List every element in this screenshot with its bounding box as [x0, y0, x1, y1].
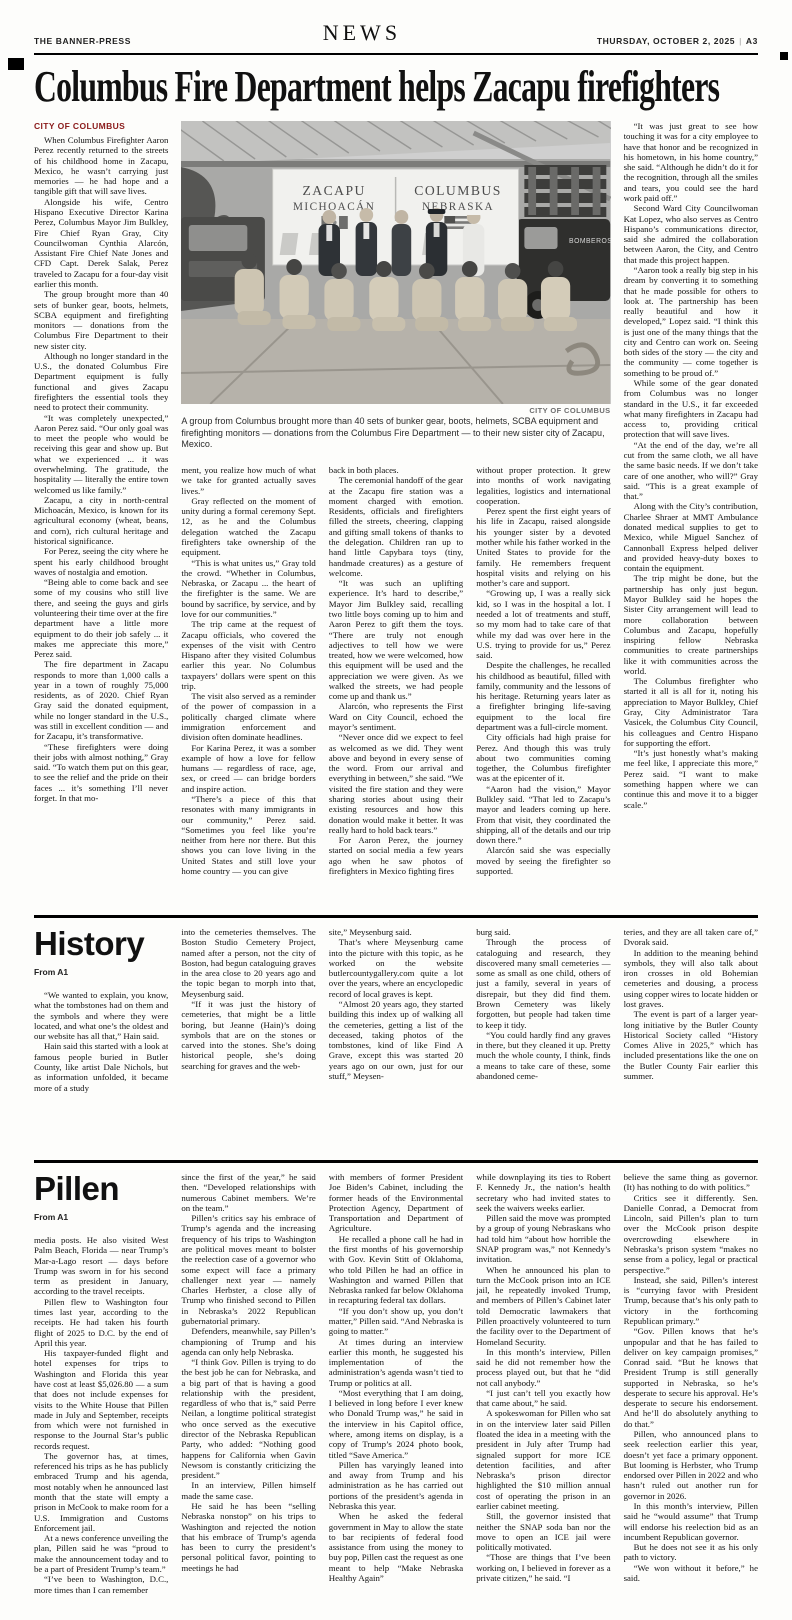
paragraph: The trip came at the request of Zacapu o… — [181, 619, 315, 691]
dateline-separator: | — [739, 36, 742, 46]
paragraph: Critics see it differently. Sen. Daniell… — [624, 1193, 758, 1275]
paragraph: “It was just great to see how touching i… — [624, 121, 758, 203]
paragraph: Alarcón said she was especially moved by… — [476, 845, 610, 876]
paragraph: He said he has been “selling Nebraska no… — [181, 1501, 315, 1573]
paragraph: Zacapu, a city in north-central Michoacá… — [34, 495, 168, 546]
paragraph: Second Ward City Councilwoman Kat Lopez,… — [624, 203, 758, 265]
banner-zacapu-line: ZACAPU — [303, 183, 366, 198]
pillen-headline: Pillen — [34, 1172, 168, 1205]
page-header: THE BANNER-PRESS NEWS THURSDAY, OCTOBER … — [34, 14, 758, 55]
paragraph: “Gov. Pillen knows that he’s unpopular a… — [624, 1326, 758, 1429]
paragraph: Hain said this started with a look at fa… — [34, 1041, 168, 1092]
truck-lettering: BOMBEROS — [569, 238, 610, 245]
paragraph: Gray reflected on the moment of unity du… — [181, 496, 315, 558]
main-headline: Columbus Fire Department helps Zacapu fi… — [34, 65, 758, 109]
firefighters-group-photo-illustration: BOMBEROS ZACAPU MICHOACÁN COLUMBUS NEBRA… — [181, 121, 610, 404]
paragraph: In addition to the meaning behind symbol… — [624, 948, 758, 1010]
paragraph: teries, and they are all taken care of,”… — [624, 927, 758, 948]
article-column: into the cemeteries themselves. The Bost… — [181, 927, 315, 1148]
paragraph: For Karina Perez, it was a somber exampl… — [181, 743, 315, 794]
history-article: History From A1 “We wanted to explain, y… — [34, 915, 758, 1148]
paragraph: In this month’s interview, Pillen said h… — [624, 1501, 758, 1542]
from-a1-label: From A1 — [34, 967, 168, 977]
paragraph: “If you don’t show up, you don’t matter,… — [329, 1306, 463, 1337]
article-column: CITY OF COLUMBUS When Columbus Firefight… — [34, 121, 168, 903]
paragraph: “It was such an uplifting experience. It… — [329, 578, 463, 701]
paragraph: When he asked the federal government in … — [329, 1511, 463, 1583]
paragraph: He recalled a phone call he had in the f… — [329, 1234, 463, 1306]
article-column: while downplaying its ties to Robert F. … — [476, 1172, 610, 1608]
paragraph: “I think Gov. Pillen is trying to do the… — [181, 1357, 315, 1480]
paragraph: “Growing up, I was a really sick kid, so… — [476, 588, 610, 660]
article-column: believe the same thing as governor. (It)… — [624, 1172, 758, 1608]
date-text: THURSDAY, OCTOBER 2, 2025 — [597, 36, 735, 46]
paragraph: The fire department in Zacapu responds t… — [34, 659, 168, 741]
paragraph: For Aaron Perez, the journey started on … — [329, 835, 463, 876]
banner-columbus-line: COLUMBUS — [415, 183, 503, 198]
paragraph: “We wanted to explain, you know, what th… — [34, 990, 168, 1041]
paragraph: When Columbus Firefighter Aaron Perez re… — [34, 135, 168, 197]
pillen-article: Pillen From A1 media posts. He also visi… — [34, 1160, 758, 1608]
paragraph: Pillen has varyingly leaned into and awa… — [329, 1460, 463, 1511]
paragraph: Through the process of cataloguing and r… — [476, 937, 610, 1030]
paragraph: “It was completely unexpected,” Aaron Pe… — [34, 413, 168, 495]
paragraph: His taxpayer-funded flight and hotel exp… — [34, 1348, 168, 1451]
paragraph: “Most everything that I am doing, I beli… — [329, 1388, 463, 1460]
paragraph: media posts. He also visited West Palm B… — [34, 1235, 168, 1297]
paragraph: ment, you realize how much of what we ta… — [181, 465, 315, 496]
photo-caption: A group from Columbus brought more than … — [181, 416, 610, 451]
paragraph: City officials had high praise for Perez… — [476, 732, 610, 783]
paragraph: The event is part of a larger year-long … — [624, 1009, 758, 1081]
paragraph: The group brought more than 40 sets of b… — [34, 289, 168, 351]
paragraph: “Being able to come back and see some of… — [34, 577, 168, 659]
masthead: THE BANNER-PRESS — [34, 36, 131, 46]
page-number: A3 — [746, 36, 758, 46]
paragraph: “Aaron had the vision,” Mayor Bulkley sa… — [476, 784, 610, 846]
paragraph: The Columbus firefighter who started it … — [624, 676, 758, 748]
paragraph: Still, the governor insisted that neithe… — [476, 1511, 610, 1552]
article-column: teries, and they are all taken care of,”… — [624, 927, 758, 1148]
paragraph: Pillen’s critics say his embrace of Trum… — [181, 1213, 315, 1326]
article-column: with members of former President Joe Bid… — [329, 1172, 463, 1608]
paragraph: The trip might be done, but the partners… — [624, 573, 758, 676]
paragraph: “At the end of the day, we’re all cut fr… — [624, 440, 758, 502]
photo-credit: CITY OF COLUMBUS — [181, 406, 610, 415]
paragraph: burg said. — [476, 927, 610, 937]
section-label: NEWS — [323, 20, 401, 46]
paragraph: site,” Meysenburg said. — [329, 927, 463, 937]
paragraph: When he announced his plan to turn the M… — [476, 1265, 610, 1347]
paragraph: while downplaying its ties to Robert F. … — [476, 1172, 610, 1213]
from-a1-label: From A1 — [34, 1212, 168, 1222]
paragraph: back in both places. — [329, 465, 463, 475]
history-headline: History — [34, 927, 168, 960]
paragraph: Pillen flew to Washington four times las… — [34, 1297, 168, 1348]
paragraph: In this month’s interview, Pillen said h… — [476, 1347, 610, 1388]
main-article: CITY OF COLUMBUS When Columbus Firefight… — [34, 121, 758, 903]
dateline: THURSDAY, OCTOBER 2, 2025|A3 — [597, 36, 758, 46]
jump-headline-block: History From A1 — [34, 927, 168, 977]
paragraph: While some of the gear donated from Colu… — [624, 378, 758, 440]
paragraph: “It’s just honestly what’s making me fee… — [624, 748, 758, 810]
paragraph: “This is what unites us,” Gray told the … — [181, 558, 315, 620]
paragraph: Defenders, meanwhile, say Pillen’s champ… — [181, 1326, 315, 1357]
article-column: since the first of the year,” he said th… — [181, 1172, 315, 1608]
paragraph: into the cemeteries themselves. The Bost… — [181, 927, 315, 999]
registration-mark — [780, 52, 788, 60]
paragraph: Instead, she said, Pillen’s interest is … — [624, 1275, 758, 1326]
paragraph: “Those are things that I’ve been working… — [476, 1552, 610, 1583]
paragraph: The visit also served as a reminder of t… — [181, 691, 315, 742]
paragraph: “I’ve been to Washington, D.C., more tim… — [34, 1574, 168, 1595]
paragraph: since the first of the year,” he said th… — [181, 1172, 315, 1213]
paragraph: Alarcón, who represents the First Ward o… — [329, 701, 463, 732]
article-column: ment, you realize how much of what we ta… — [181, 465, 315, 903]
article-column: Pillen From A1 media posts. He also visi… — [34, 1172, 168, 1608]
article-column: burg said.Through the process of catalog… — [476, 927, 610, 1148]
article-column: site,” Meysenburg said.That’s where Meys… — [329, 927, 463, 1148]
paragraph: Pillen said the move was prompted by a g… — [476, 1213, 610, 1264]
registration-mark — [8, 58, 24, 70]
article-column: without proper protection. It grew into … — [476, 465, 610, 903]
paragraph: “We won without it before,” he said. — [624, 1563, 758, 1584]
article-column: back in both places.The ceremonial hando… — [329, 465, 463, 903]
paragraph: A spokeswoman for Pillen who sat in on t… — [476, 1408, 610, 1511]
paragraph: “I just can’t tell you exactly how that … — [476, 1388, 610, 1409]
paragraph: But he does not see it as his only path … — [624, 1542, 758, 1563]
jump-headline-block: Pillen From A1 — [34, 1172, 168, 1222]
article-kicker: CITY OF COLUMBUS — [34, 121, 168, 131]
paragraph: without proper protection. It grew into … — [476, 465, 610, 506]
news-photo: BOMBEROS ZACAPU MICHOACÁN COLUMBUS NEBRA… — [181, 121, 610, 404]
paragraph: Despite the challenges, he recalled his … — [476, 660, 610, 732]
paragraph: The ceremonial handoff of the gear at th… — [329, 475, 463, 578]
photo-block: BOMBEROS ZACAPU MICHOACÁN COLUMBUS NEBRA… — [181, 121, 610, 459]
paragraph: Perez spent the first eight years of his… — [476, 506, 610, 588]
article-column: History From A1 “We wanted to explain, y… — [34, 927, 168, 1148]
article-column: “It was just great to see how touching i… — [624, 121, 758, 903]
paragraph: “If it was just the history of cemeterie… — [181, 999, 315, 1071]
paragraph: Pillen, who announced plans to seek reel… — [624, 1429, 758, 1501]
paragraph: with members of former President Joe Bid… — [329, 1172, 463, 1234]
paragraph: For Perez, seeing the city where he spen… — [34, 546, 168, 577]
paragraph: At a news conference unveiling the plan,… — [34, 1533, 168, 1574]
paragraph: Alongside his wife, Centro Hispano Execu… — [34, 197, 168, 290]
paragraph: “Never once did we expect to feel as wel… — [329, 732, 463, 835]
paragraph: “Almost 20 years ago, they started build… — [329, 999, 463, 1081]
paragraph: “There’s a piece of this that resonates … — [181, 794, 315, 876]
paragraph: Along with the City’s contribution, Char… — [624, 501, 758, 573]
paragraph: believe the same thing as governor. (It)… — [624, 1172, 758, 1193]
paragraph: In an interview, Pillen himself made the… — [181, 1480, 315, 1501]
paragraph: That’s where Meysenburg came into the pi… — [329, 937, 463, 999]
paragraph: “Aaron took a really big step in his dre… — [624, 265, 758, 378]
newspaper-page: THE BANNER-PRESS NEWS THURSDAY, OCTOBER … — [0, 0, 792, 1620]
paragraph: The governor has, at times, referenced h… — [34, 1451, 168, 1533]
paragraph: Although no longer standard in the U.S.,… — [34, 351, 168, 413]
paragraph: “You could hardly find any graves in the… — [476, 1030, 610, 1081]
paragraph: At times during an interview earlier thi… — [329, 1337, 463, 1388]
paragraph: “These firefighters were doing their job… — [34, 742, 168, 804]
